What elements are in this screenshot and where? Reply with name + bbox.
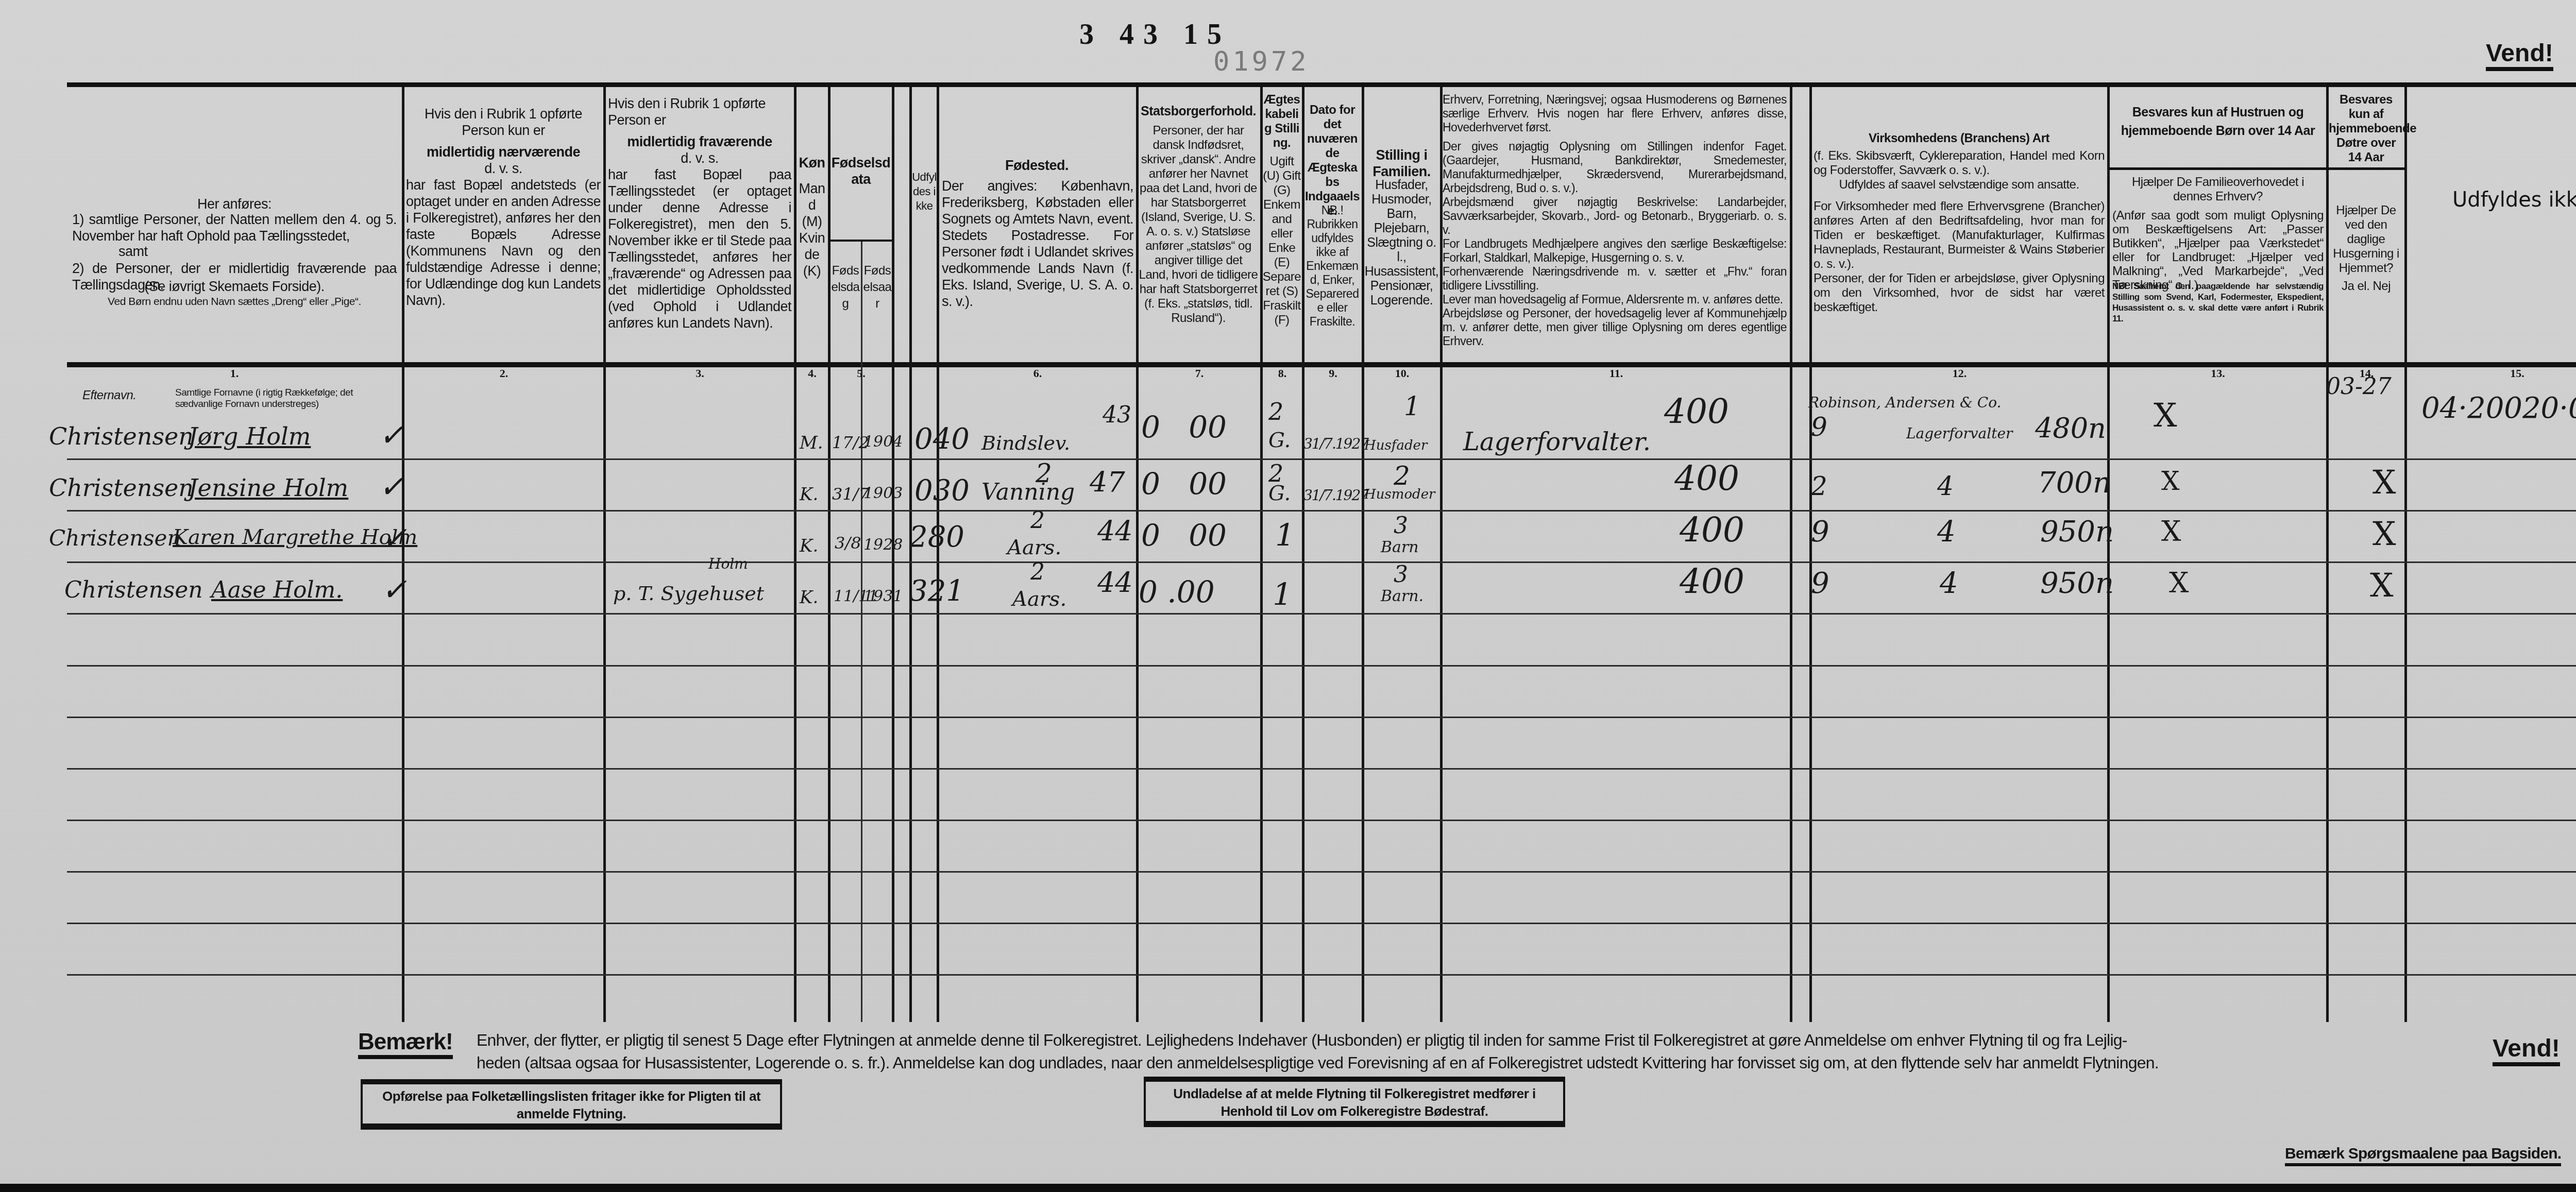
col-number-2: 2. [404,367,603,380]
row3-family-code: 3 [1394,513,1408,539]
row1-surname: Christensen [49,422,194,450]
row3-code-a: 280 [909,520,964,554]
row1-occupation-code: 400 [1664,391,1729,431]
col14-header-q: Hjælper De ved den daglige Husgerning i … [2329,203,2403,276]
col-divider [892,87,894,1022]
col1-header-item-1: 1) samtlige Personer, der Natten mellem … [72,211,397,244]
row4-branch-extra: 950n [2040,567,2114,600]
row2-marriage-date: 31/7.1927 [1303,487,1368,504]
turn-over-label-top: Vend! [2486,40,2553,71]
row4-birthplace-code: 44 [1097,567,1133,599]
row3-sex: K. [800,536,818,556]
col-number-12: 12. [1812,367,2107,380]
row1-birthplace-code: 43 [1103,402,1131,428]
col2-header-intro: Hvis den i Rubrik 1 opførte Person kun e… [406,106,601,139]
col11-header-p5: Forhenværende Næringsdrivende m. v. sætt… [1443,265,1787,293]
row-line [67,458,2576,460]
row4-branch-code: 9 [1811,567,1829,600]
row2-family-position: Husmoder [1364,487,1435,502]
notice-text-2: heden (altsaa ogsaa for Husassistenter, … [477,1051,2342,1075]
row1-col13: X [2154,397,2177,435]
row2-col14: X [2372,464,2396,502]
col6-header-title: Fødested. [940,157,1133,174]
col-number-13: 13. [2110,367,2326,380]
col3-header: Hvis den i Rubrik 1 opførte Person er mi… [608,95,791,331]
col2-header-dvs: d. v. s. [406,160,601,177]
row2-check: ✓ [379,469,404,505]
row4-citizenship: 0 .00 [1139,574,1215,609]
col1-header-note: (Se iøvrigt Skemaets Forside). [70,278,399,295]
col11-header: Erhverv, Forretning, Næringsvej; ogsaa H… [1443,93,1787,348]
row3-col14: X [2372,515,2396,553]
col1-header-title: Her anføres: [70,196,399,212]
col-divider [603,87,606,1022]
col-number-5: 5. [831,367,892,380]
row1-branch-extra: 480n [2035,412,2106,445]
row3-birth-year: 1928 [863,536,903,554]
col7-header-body: Personer, der har dansk Indfødsret, skri… [1139,124,1258,326]
row2-surname: Christensen [49,474,194,502]
col11-header-p6: Lever man hovedsagelig af Formue, Alders… [1443,293,1787,306]
col11-header-p4: For Landbrugets Medhjælpere angives den … [1443,237,1787,265]
col2-header-bold: midlertidig nærværende [406,144,601,160]
col11-header-title: Erhverv, Forretning, Næringsvej; ogsaa H… [1443,93,1787,134]
col6-header-body: Der angives: København, Frederiksberg, K… [942,178,1133,310]
row4-marital: 1 [1273,577,1292,613]
row2-marital: G. [1268,482,1291,505]
notice-box-left-text: Opførelse paa Folketællingslisten fritag… [382,1088,760,1121]
col-divider [1809,87,1812,1022]
col7-header-title: Statsborgerforhold. [1139,103,1258,120]
notice-text-1: Enhver, der flytter, er pligtig til sene… [477,1028,2342,1052]
col-number-15: 15. [2407,367,2576,380]
row2-branch-code: 2 [1811,471,1827,501]
col-number-3: 3. [606,367,794,380]
row1-occupation: Lagerforvalter. [1463,428,1651,456]
col13-header-title: Besvares kun af Hustruen og hjemmeboende… [2112,103,2324,140]
row2-code-a: 030 [914,474,970,507]
col13-header-body: (Anfør saa godt som muligt Oplysning om … [2112,209,2324,292]
back-side-note: Bemærk Spørgsmaalene paa Bagsiden. [2285,1145,2561,1166]
col1-header-and: samt [118,243,222,260]
notice-box-right-text: Undladelse af at melde Flytning til Folk… [1173,1086,1535,1119]
col13-header-nb: NB! Saafremt den paagældende har selvstæ… [2112,281,2324,324]
col2-header-body: har fast Bopæl andetsteds (er optaget un… [406,177,601,309]
col3-header-intro: Hvis den i Rubrik 1 opførte Person er [608,95,791,128]
col12-header-p1: (f. Eks. Skibsværft, Cyklereparation, Ha… [1814,149,2105,178]
col10-header-body: Husfader, Husmoder, Barn, Plejebarn, Slæ… [1364,178,1439,308]
col9-header-title: Dato for det nuværende Ægteskabs Indgaae… [1304,103,1361,218]
row3-citizenship: 0 00 [1141,518,1227,553]
turn-over-label-bottom: Vend! [2493,1035,2560,1066]
row3-check: ✓ [381,520,407,556]
col-divider [828,87,831,1022]
row1-col15: 04·20020·000 [2421,391,2576,425]
row1-branch-code: 9 [1811,412,1827,442]
row-line [67,974,2576,976]
col-number-10: 10. [1364,367,1440,380]
col14-header-title: Besvares kun af hjemmeboende Døtre over … [2329,93,2403,165]
col13-header-q: Hjælper De Familieoverhovedet i dennes E… [2112,175,2324,204]
col-divider [2107,87,2110,1022]
row1-branch-sub: Lagerforvalter [1906,425,2012,442]
fodselsdata-subrule [829,240,892,242]
col-divider [909,87,912,1022]
col-divider [937,87,939,1022]
row2-birthplace-code: 47 [1090,466,1125,499]
row-line [67,665,2576,667]
row4-branch-code-2: 4 [1940,567,1958,600]
col2-header: Hvis den i Rubrik 1 opførte Person kun e… [406,106,601,309]
row2-branch-code-2: 4 [1937,471,1954,501]
row-line [67,871,2576,873]
row-line [67,510,2576,512]
row4-col3: p. T. Sygehuset [613,582,764,605]
col-number-1: 1. [67,367,402,380]
row4-surname: Christensen [64,577,203,603]
col9-header-body: NB.! Rubrikken udfyldes ikke af Enkemænd… [1304,203,1361,329]
row3-marital: 1 [1275,518,1295,554]
row3-family-position: Barn [1381,538,1419,556]
col14-header-answer: Ja el. Nej [2329,278,2403,295]
col12-header: Virksomhedens (Branchens) Art (f. Eks. S… [1814,131,2105,315]
census-form-sheet: 3 43 15 01972 Vend! Her anføres: 1) samt… [0,0,2576,1192]
row1-firstnames: Jørg Holm [188,422,311,450]
row4-family-position: Barn. [1381,587,1423,605]
row4-col14: X [2370,567,2394,605]
row-line [67,923,2576,924]
row1-family-position: Husfader [1364,438,1427,453]
row1-birth-year: 1904 [863,433,903,451]
col8-header-body: Ugift (U) Gift (G) Enkemand eller Enke (… [1262,155,1301,328]
col3-header-body: har fast Bopæl paa Tællingsstedet (er op… [608,166,791,331]
row1-birthplace: Bindslev. [981,432,1070,454]
col15-header: Udfyldes ikke [2452,188,2576,212]
col-number-6: 6. [939,367,1136,380]
col10-header-title: Stilling i Familien. [1364,147,1439,180]
row1-check: ✓ [379,417,404,453]
row3-branch-extra: 950n [2040,515,2114,549]
row4-family-code: 3 [1394,561,1408,588]
col12-header-p4: Personer, der for Tiden er arbejdsløse, … [1814,271,2105,315]
col13-14-subrule [2109,167,2405,170]
row4-firstnames: Aase Holm. [211,577,343,603]
row2-col13: X [2161,466,2180,496]
row-line [67,768,2576,770]
row4-occupation-code: 400 [1680,561,1744,601]
row3-col13: X [2161,515,2181,548]
row2-occupation-code: 400 [1674,458,1739,498]
col-number-7: 7. [1139,367,1260,380]
col-number-8: 8. [1263,367,1302,380]
row3-birthplace-code: 44 [1097,515,1133,548]
row3-birthplace-mark: 2 [1030,507,1045,534]
col-number-11: 11. [1443,367,1790,380]
row3-firstnames: Karen Margrethe Holm [173,525,417,549]
row2-branch-extra: 700n [2038,466,2111,500]
notice-box-right: Undladelse af at melde Flytning til Folk… [1144,1077,1565,1127]
row4-col3-note: Holm [708,555,748,572]
row1-marital-code: 2 [1268,398,1283,425]
row1-marital: G. [1268,429,1291,452]
row4-birthplace-mark: 2 [1030,559,1045,585]
col-number-9: 9. [1304,367,1362,380]
top-rule [67,82,2576,87]
col5-sub-year: Fødselsaar [863,263,892,312]
row2-sex: K. [800,484,818,505]
row1-marriage-date: 31/7.1927 [1303,435,1368,452]
row1-col14: 03-27 [2326,373,2392,400]
serial-number: 01972 [1213,46,1310,77]
row1-citizenship: 0 00 [1141,410,1227,445]
page-bottom-edge [0,1184,2576,1192]
col5-sub-day: Fødselsdag [831,263,860,312]
col1-sub-surname: Efternavn. [82,387,136,404]
col1-header-note-2: Ved Børn endnu uden Navn sættes „Dreng“ … [70,294,399,310]
row-line [67,613,2576,615]
row1-family-code: 1 [1404,391,1420,421]
row2-birthplace: Vanning [981,479,1075,505]
row4-sex: K. [800,587,818,608]
row3-birth-day: 3/8 [835,533,861,553]
col4-header-title: Køn [796,155,827,171]
row1-code-a: 040 [914,422,970,456]
col1-sub-firstnames: Samtlige Fornavne (i rigtig Rækkefølge; … [175,387,397,410]
row1-sex: M. [800,433,823,453]
col11-header-p3: Arbejdsmænd giver nøjagtig Beskrivelse: … [1443,195,1787,237]
row4-check: ✓ [381,572,407,608]
row4-col13: X [2169,567,2189,599]
row2-birth-year: 1903 [863,484,903,502]
col5-header-title: Fødselsdata [831,155,891,188]
row3-surname: Christensen [49,525,181,551]
row-line [67,561,2576,563]
col11-header-p7: Arbejdsløse og Personer, der hovedsageli… [1443,306,1787,348]
col3-header-bold: midlertidig fraværende [608,133,791,150]
col-divider [861,240,862,1022]
row1-branch: Robinson, Andersen & Co. [1808,394,2001,411]
col12-header-title: Virksomhedens (Branchens) Art [1814,131,2105,146]
narrow-col-header: Udfyldes ikke [912,170,937,213]
row3-occupation-code: 400 [1680,510,1744,550]
row3-branch-code-2: 4 [1937,515,1956,549]
col8-header-title: Ægteskabelig Stilling. [1262,93,1301,150]
row2-citizenship: 0 00 [1141,466,1227,501]
notice-box-left: Opførelse paa Folketællingslisten fritag… [361,1079,782,1130]
stamp-number: 3 43 15 [1079,18,1231,51]
col-number-4: 4. [796,367,828,380]
row-line [67,717,2576,718]
col-divider [1790,87,1792,1022]
row3-birthplace: Aars. [1007,536,1061,559]
col4-header-body: Mand (M) Kvinde (K) [796,180,827,279]
row-line [67,820,2576,821]
row4-code-a: 321 [909,574,964,608]
notice-label: Bemærk! [358,1029,453,1059]
row2-firstnames: Jensine Holm [188,474,348,502]
col12-header-p2: Udfyldes af saavel selvstændige som ansa… [1814,178,2105,192]
row4-birth-year: 1931 [863,587,903,605]
col-divider [2404,87,2407,1022]
col11-header-p2: Der gives nøjagtig Oplysning om Stilling… [1443,140,1787,195]
col3-header-dvs: d. v. s. [608,150,791,166]
row3-branch-code: 9 [1811,515,1829,549]
row2-birthplace-mark: 2 [1036,458,1052,488]
row4-birthplace: Aars. [1012,587,1066,611]
col12-header-p3: For Virksomheder med flere Erhvervsgrene… [1814,199,2105,271]
